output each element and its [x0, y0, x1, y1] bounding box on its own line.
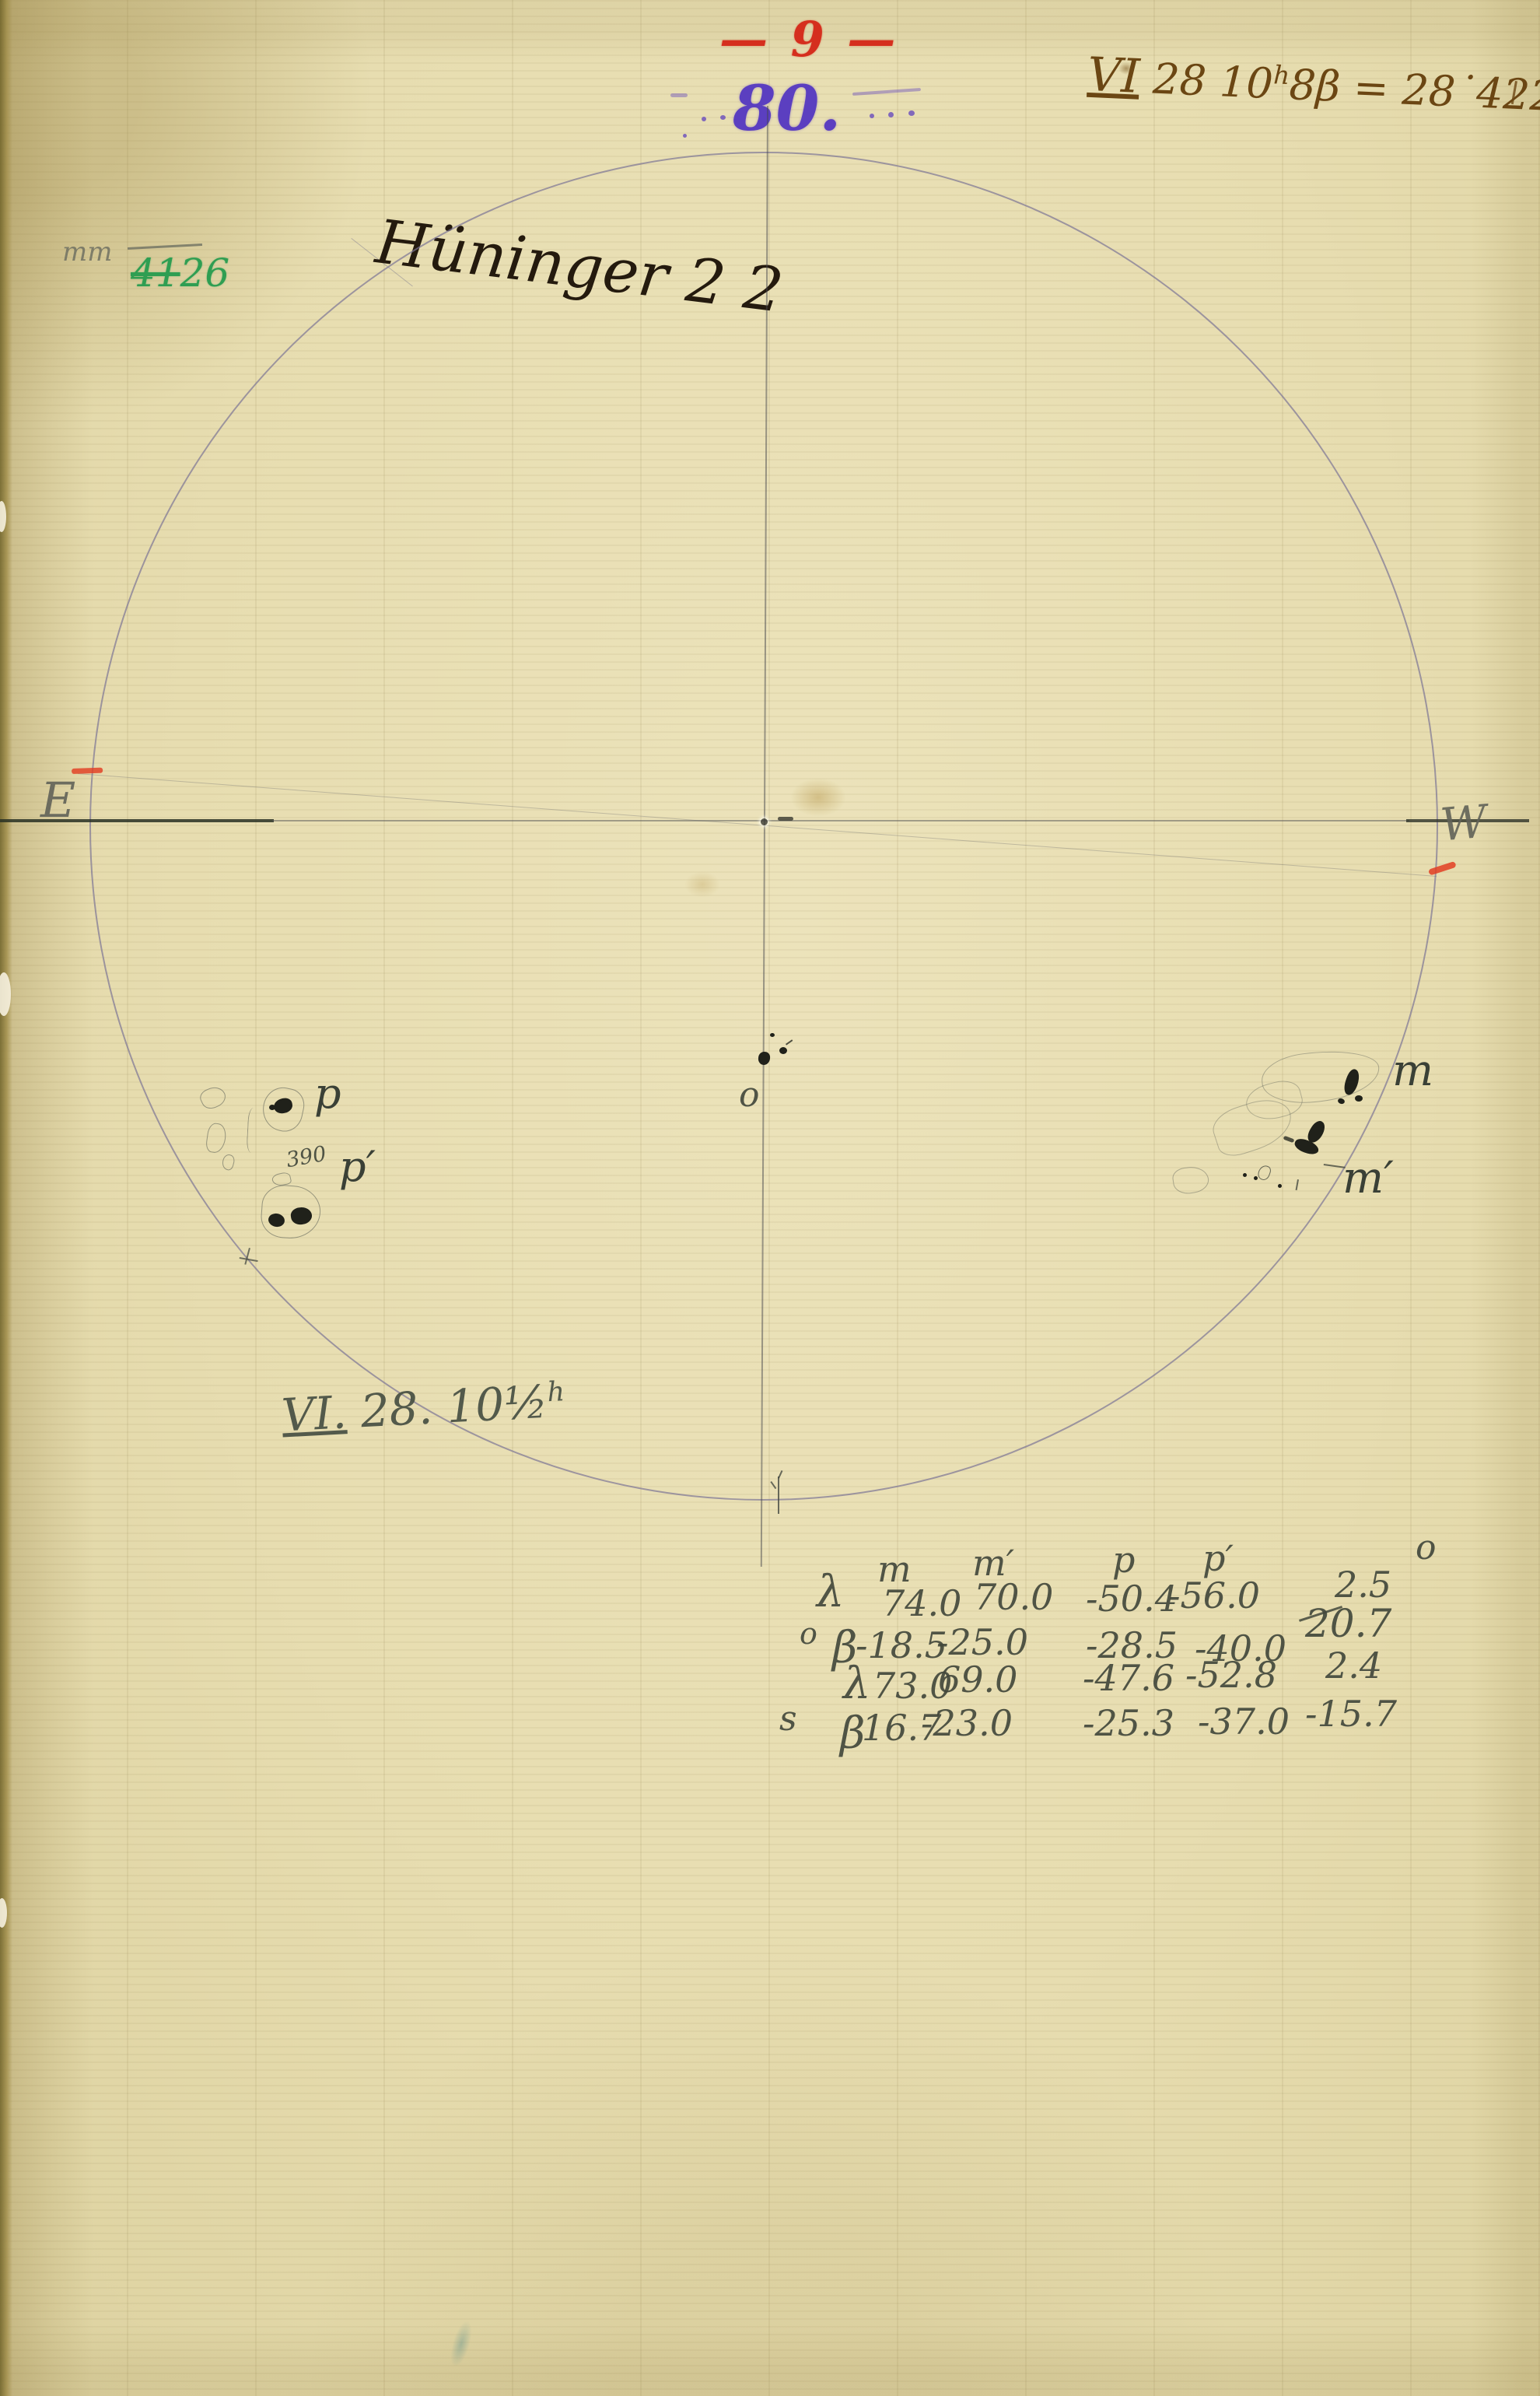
teal-smudge	[446, 2318, 476, 2370]
table-value: -52.8	[1185, 1654, 1277, 1696]
col-header-p: p	[1112, 1539, 1135, 1581]
table-value: 70.0	[974, 1576, 1053, 1618]
limb-mark-west: W	[1438, 795, 1489, 852]
stamp-number: 80.	[733, 72, 841, 145]
table-value: -56.0	[1168, 1575, 1260, 1617]
purple-speck	[888, 112, 894, 117]
sunspot-pore	[1278, 1184, 1282, 1188]
table-value: 20.7	[1305, 1601, 1391, 1646]
pencil-date-main: 28. 10½	[345, 1375, 549, 1438]
table-value: 74.0	[882, 1582, 961, 1624]
sunspot-pore	[1243, 1173, 1247, 1177]
table-value: 2.5	[1335, 1564, 1391, 1606]
margin-digits: 26	[180, 250, 230, 296]
center-smudge	[778, 817, 793, 821]
pencil-date-roman: VI.	[280, 1385, 348, 1441]
purple-speck	[702, 117, 706, 121]
table-value: -50.4	[1086, 1578, 1178, 1620]
ink-observation-note: VI 28 10h8β = 28˙422	[1087, 47, 1540, 122]
purple-dash	[852, 88, 921, 96]
sunspot-pore	[770, 1033, 775, 1037]
ink-note-roman: VI	[1087, 47, 1141, 104]
purple-speck	[720, 115, 726, 120]
pencil-overline	[128, 243, 202, 250]
purple-speck	[908, 110, 915, 116]
table-value: -25.3	[1083, 1702, 1174, 1744]
margin-unit-label: mm	[62, 236, 112, 268]
table-value: -47.6	[1083, 1657, 1174, 1699]
ink-note-sup: h	[1272, 60, 1290, 90]
ink-note-tail: 8β = 28˙422	[1288, 60, 1540, 121]
table-value: -25.0	[936, 1621, 1028, 1663]
red-tick-east	[72, 768, 103, 774]
struck-digits: 41	[131, 250, 180, 296]
table-value: -37.0	[1198, 1701, 1290, 1743]
col-header-o: o	[1416, 1528, 1437, 1568]
table-value: -15.7	[1305, 1693, 1397, 1735]
arrow-shaft	[778, 1476, 779, 1514]
col-header-p-prime: p′	[1202, 1537, 1234, 1579]
label-m-prime: m′	[1342, 1153, 1394, 1203]
table-value: -23.0	[921, 1702, 1013, 1744]
left-page-edge	[0, 0, 12, 2396]
center-pinhole	[761, 818, 768, 825]
group-margin-o: o	[800, 1617, 817, 1651]
row-label: λ	[843, 1659, 871, 1709]
ink-note-mid: 28 10	[1139, 54, 1274, 108]
purple-speck	[683, 134, 687, 138]
label-p: p	[314, 1069, 341, 1118]
margin-number: 4126	[131, 250, 229, 296]
sunspot-umbra	[269, 1105, 275, 1110]
table-value: 2.4	[1325, 1645, 1382, 1687]
left-aged-band	[0, 0, 93, 2396]
sunspot-pore	[1355, 1095, 1363, 1102]
label-o: o	[739, 1075, 760, 1115]
page-number: — 9 —	[719, 11, 898, 68]
scanned-page: — 9 — 80. VI 28 10h8β = 28˙422 mm 4126 H…	[0, 0, 1540, 2396]
purple-speck	[870, 114, 874, 118]
limb-mark-east: E	[40, 772, 75, 828]
pencil-date-sup: h	[547, 1376, 565, 1408]
purple-dash	[670, 93, 688, 97]
sunspot-umbra	[779, 1047, 787, 1054]
row-label: λ	[817, 1567, 845, 1617]
table-value: 69.0	[938, 1659, 1017, 1701]
group-margin-s: s	[779, 1699, 797, 1739]
label-m: m	[1392, 1046, 1433, 1096]
sunspot-pore	[1254, 1176, 1258, 1180]
horizontal-axis-mid	[272, 820, 1409, 821]
label-p-prime: p′	[339, 1142, 376, 1191]
